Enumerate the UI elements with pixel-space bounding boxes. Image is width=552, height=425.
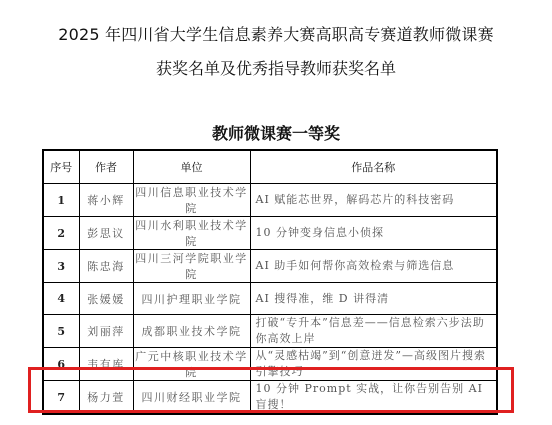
- header-no: 序号: [43, 150, 79, 184]
- cell-author: 彭思议: [79, 217, 133, 250]
- cell-no: 1: [43, 184, 79, 217]
- cell-no: 6: [43, 348, 79, 381]
- table-header-row: 序号 作者 单位 作品名称: [43, 150, 497, 184]
- table-row: 4 张媛媛 四川护理职业学院 AI 搜得准，维 D 讲得清: [43, 283, 497, 315]
- cell-unit: 成都职业技术学院: [133, 315, 250, 348]
- cell-author: 刘丽萍: [79, 315, 133, 348]
- cell-unit: 四川财经职业学院: [133, 381, 250, 415]
- cell-unit: 四川信息职业技术学院: [133, 184, 250, 217]
- cell-no: 4: [43, 283, 79, 315]
- cell-work: 10 分钟变身信息小侦探: [250, 217, 497, 250]
- section-title: 教师微课赛一等奖: [0, 121, 552, 144]
- cell-author: 韦有库: [79, 348, 133, 381]
- table-row: 6 韦有库 广元中核职业技术学院 从“灵感枯竭”到“创意迸发”—高级图片搜索引擎…: [43, 348, 497, 381]
- header-unit: 单位: [133, 150, 250, 184]
- cell-author: 杨力萱: [79, 381, 133, 415]
- table-row: 2 彭思议 四川水利职业技术学院 10 分钟变身信息小侦探: [43, 217, 497, 250]
- cell-work: AI 助手如何帮你高效检索与筛选信息: [250, 250, 497, 283]
- cell-no: 3: [43, 250, 79, 283]
- header-work: 作品名称: [250, 150, 497, 184]
- cell-unit: 四川三河学院职业学院: [133, 250, 250, 283]
- cell-unit: 四川护理职业学院: [133, 283, 250, 315]
- cell-work: 打破“专升本”信息差——信息检索六步法助你高效上岸: [250, 315, 497, 348]
- cell-unit: 广元中核职业技术学院: [133, 348, 250, 381]
- cell-work: AI 搜得准，维 D 讲得清: [250, 283, 497, 315]
- document-title-line2: 获奖名单及优秀指导教师获奖名单: [0, 56, 552, 79]
- table-row: 3 陈忠海 四川三河学院职业学院 AI 助手如何帮你高效检索与筛选信息: [43, 250, 497, 283]
- cell-no: 7: [43, 381, 79, 415]
- cell-no: 5: [43, 315, 79, 348]
- cell-author: 张媛媛: [79, 283, 133, 315]
- document-title-line1: 2025 年四川省大学生信息素养大赛高职高专赛道教师微课赛: [0, 22, 552, 45]
- table-row: 1 蒋小辉 四川信息职业技术学院 AI 赋能芯世界，解码芯片的科技密码: [43, 184, 497, 217]
- cell-unit: 四川水利职业技术学院: [133, 217, 250, 250]
- cell-author: 陈忠海: [79, 250, 133, 283]
- cell-work: 10 分钟 Prompt 实战，让你告别告别 AI 盲搜！: [250, 381, 497, 415]
- cell-no: 2: [43, 217, 79, 250]
- cell-author: 蒋小辉: [79, 184, 133, 217]
- table-row-highlighted: 7 杨力萱 四川财经职业学院 10 分钟 Prompt 实战，让你告别告别 AI…: [43, 381, 497, 415]
- cell-work: 从“灵感枯竭”到“创意迸发”—高级图片搜索引擎技巧: [250, 348, 497, 381]
- cell-work: AI 赋能芯世界，解码芯片的科技密码: [250, 184, 497, 217]
- award-table: 序号 作者 单位 作品名称 1 蒋小辉 四川信息职业技术学院 AI 赋能芯世界，…: [42, 149, 498, 415]
- table-row: 5 刘丽萍 成都职业技术学院 打破“专升本”信息差——信息检索六步法助你高效上岸: [43, 315, 497, 348]
- header-author: 作者: [79, 150, 133, 184]
